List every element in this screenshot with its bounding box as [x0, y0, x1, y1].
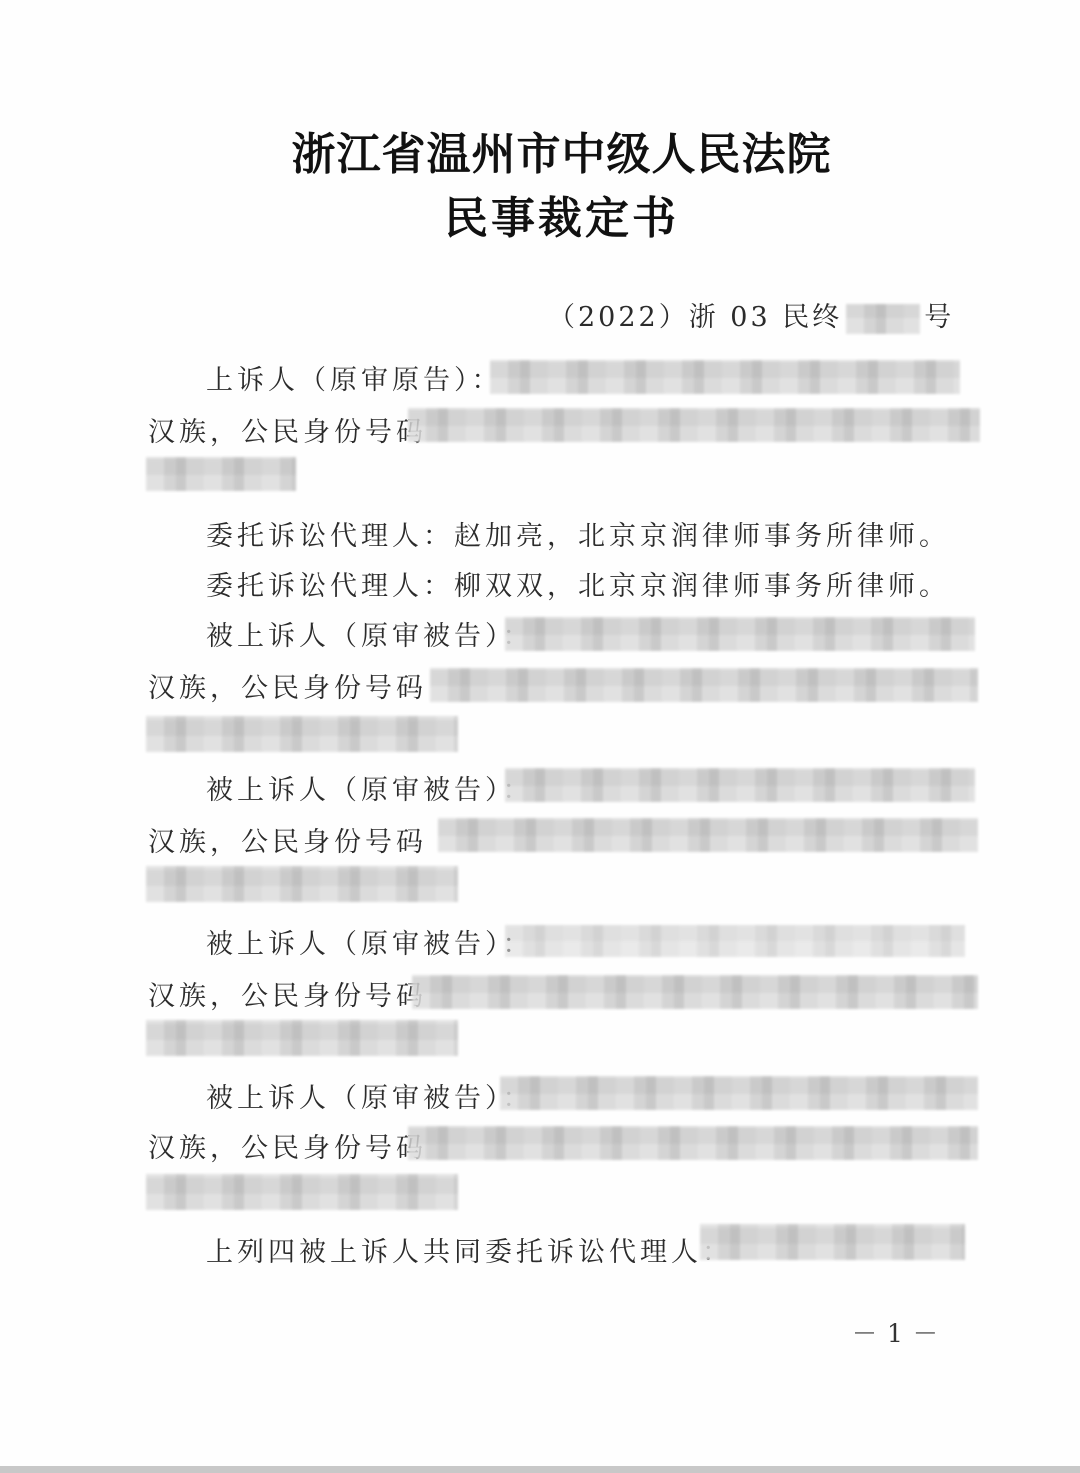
redacted-case-number [846, 304, 920, 334]
document-page: 浙江省温州市中级人民法院 民事裁定书 （2022）浙 03 民终号 上诉人（原审… [0, 0, 1080, 1466]
redacted-appellee-3-info [505, 925, 965, 957]
agent-1: 委托诉讼代理人：赵加亮，北京京润律师事务所律师。 [206, 514, 950, 553]
redacted-appellee-3-id [412, 975, 978, 1009]
agent-2: 委托诉讼代理人：柳双双，北京京润律师事务所律师。 [206, 564, 950, 603]
page-number: －1－ [852, 1314, 948, 1350]
case-number-prefix: （2022）浙 03 民终 [548, 302, 842, 333]
bottom-edge-bar [0, 1466, 1080, 1473]
appellee-2-id-label: 汉族，公民身份号码 [148, 820, 427, 859]
redacted-appellee-2-address [146, 866, 458, 902]
redacted-appellant-id [408, 408, 980, 442]
appellee-1-id-label: 汉族，公民身份号码 [148, 666, 427, 705]
case-number-suffix: 号 [924, 302, 954, 333]
redacted-appellee-1-id [430, 668, 978, 702]
appellee-3-id-label: 汉族，公民身份号码 [148, 974, 427, 1013]
court-name-title: 浙江省温州市中级人民法院 [0, 118, 1080, 182]
redacted-appellant-address [146, 457, 296, 491]
redacted-appellee-4-id [408, 1126, 978, 1160]
case-number: （2022）浙 03 民终号 [548, 295, 954, 334]
redacted-appellee-2-id [438, 818, 978, 852]
redacted-appellee-4-address [146, 1174, 458, 1210]
appellee-4-label: 被上诉人（原审被告）： [206, 1076, 534, 1115]
appellee-4-id-label: 汉族，公民身份号码 [148, 1126, 427, 1165]
redacted-appellee-2-info [505, 768, 975, 802]
appellant-label: 上诉人（原审原告）： [206, 358, 503, 397]
redacted-appellant-info [490, 360, 960, 394]
redacted-joint-agent-info [700, 1224, 965, 1260]
document-type-title: 民事裁定书 [0, 182, 1080, 246]
redacted-appellee-3-address [146, 1020, 458, 1056]
appellee-3-label: 被上诉人（原审被告）： [206, 922, 534, 961]
appellee-1-label: 被上诉人（原审被告）： [206, 614, 534, 653]
redacted-appellee-1-address [146, 716, 458, 752]
appellant-id-label: 汉族，公民身份号码 [148, 410, 427, 449]
appellee-2-label: 被上诉人（原审被告）： [206, 768, 534, 807]
redacted-appellee-1-info [505, 617, 975, 651]
redacted-appellee-4-info [500, 1076, 978, 1110]
joint-agent-label: 上列四被上诉人共同委托诉讼代理人： [206, 1230, 733, 1269]
